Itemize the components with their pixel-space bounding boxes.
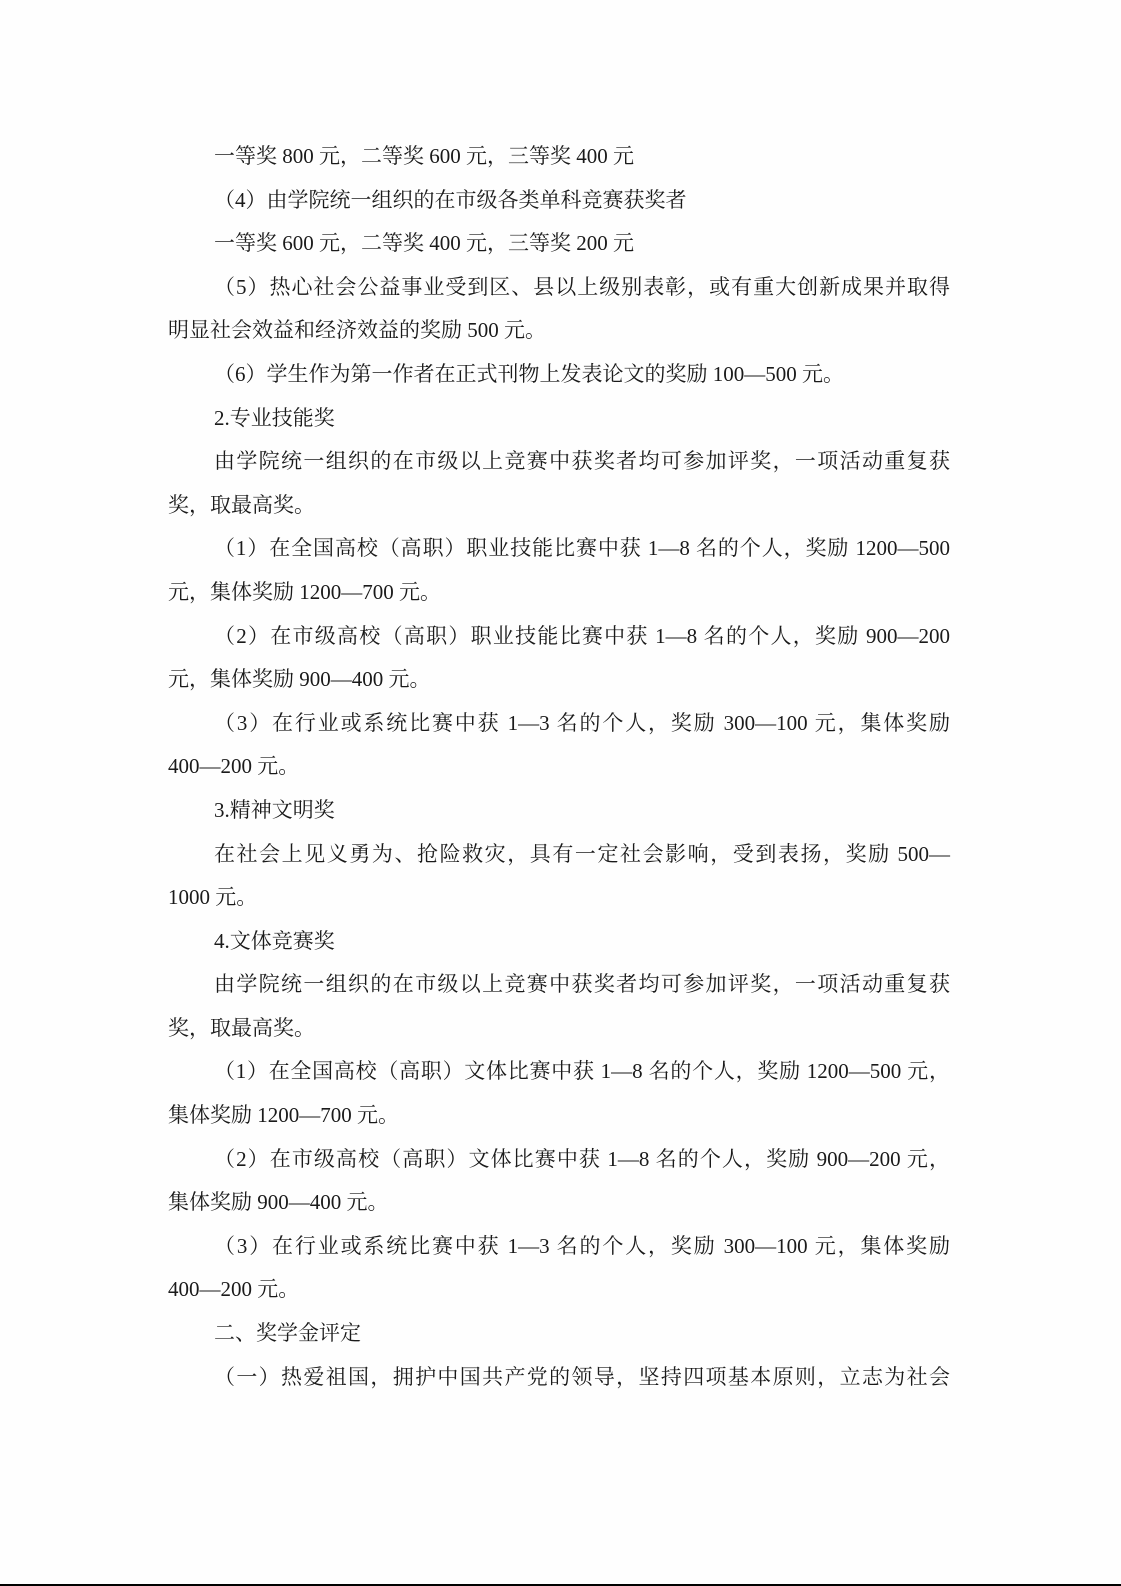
text-line: 400—200 元。 xyxy=(168,750,950,794)
text-line: （2）在市级高校（高职）职业技能比赛中获 1—8 名的个人，奖励 900—200 xyxy=(168,620,950,664)
section-heading: 二、奖学金评定 xyxy=(168,1317,950,1361)
text-line: 奖，取最高奖。 xyxy=(168,489,950,533)
section-heading: 4.文体竞赛奖 xyxy=(168,925,950,969)
text-line: （5）热心社会公益事业受到区、县以上级别表彰，或有重大创新成果并取得 xyxy=(168,271,950,315)
text-line: 集体奖励 1200—700 元。 xyxy=(168,1099,950,1143)
text-line: （一）热爱祖国，拥护中国共产党的领导，坚持四项基本原则，立志为社会 xyxy=(168,1361,950,1405)
text-line: 由学院统一组织的在市级以上竞赛中获奖者均可参加评奖，一项活动重复获 xyxy=(168,968,950,1012)
text-line: 元，集体奖励 1200—700 元。 xyxy=(168,576,950,620)
text-line: 1000 元。 xyxy=(168,881,950,925)
text-line: 集体奖励 900—400 元。 xyxy=(168,1186,950,1230)
text-line: 400—200 元。 xyxy=(168,1273,950,1317)
text-line: （2）在市级高校（高职）文体比赛中获 1—8 名的个人，奖励 900—200 元… xyxy=(168,1143,950,1187)
section-heading: 3.精神文明奖 xyxy=(168,794,950,838)
text-line: 在社会上见义勇为、抢险救灾，具有一定社会影响，受到表扬，奖励 500— xyxy=(168,838,950,882)
text-line: 一等奖 800 元，二等奖 600 元，三等奖 400 元 xyxy=(168,140,950,184)
document-body: 一等奖 800 元，二等奖 600 元，三等奖 400 元 （4）由学院统一组织… xyxy=(168,140,950,1404)
text-line: 元，集体奖励 900—400 元。 xyxy=(168,663,950,707)
text-line: 一等奖 600 元，二等奖 400 元，三等奖 200 元 xyxy=(168,227,950,271)
text-line: （1）在全国高校（高职）文体比赛中获 1—8 名的个人，奖励 1200—500 … xyxy=(168,1055,950,1099)
text-line: （3）在行业或系统比赛中获 1—3 名的个人，奖励 300—100 元，集体奖励 xyxy=(168,707,950,751)
text-line: （1）在全国高校（高职）职业技能比赛中获 1—8 名的个人，奖励 1200—50… xyxy=(168,532,950,576)
document-page: 一等奖 800 元，二等奖 600 元，三等奖 400 元 （4）由学院统一组织… xyxy=(0,0,1121,1584)
section-heading: 2.专业技能奖 xyxy=(168,402,950,446)
text-line: 由学院统一组织的在市级以上竞赛中获奖者均可参加评奖，一项活动重复获 xyxy=(168,445,950,489)
text-line: （3）在行业或系统比赛中获 1—3 名的个人，奖励 300—100 元，集体奖励 xyxy=(168,1230,950,1274)
text-line: （4）由学院统一组织的在市级各类单科竞赛获奖者 xyxy=(168,184,950,228)
text-line: 奖，取最高奖。 xyxy=(168,1012,950,1056)
text-line: 明显社会效益和经济效益的奖励 500 元。 xyxy=(168,314,950,358)
text-line: （6）学生作为第一作者在正式刊物上发表论文的奖励 100—500 元。 xyxy=(168,358,950,402)
